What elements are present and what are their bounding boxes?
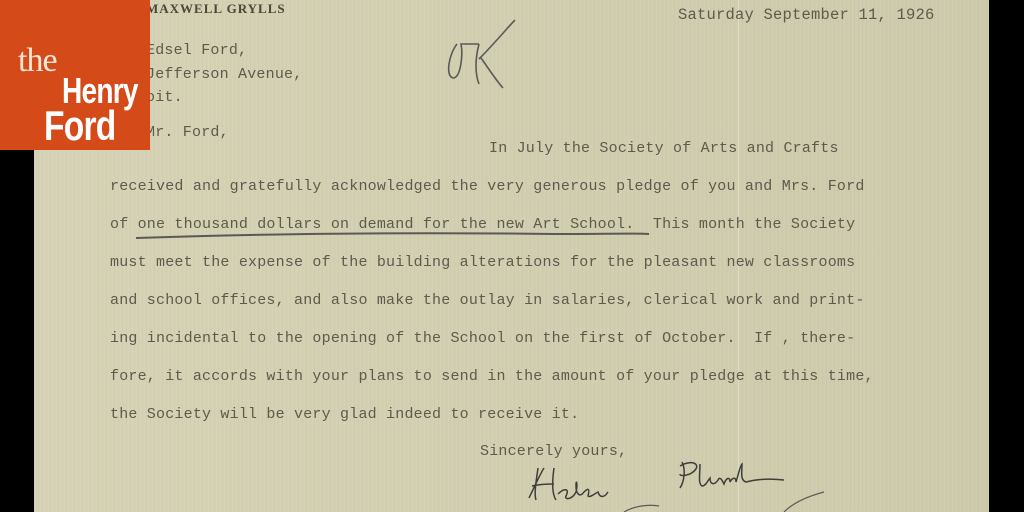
body-line-5: and school offices, and also make the ou… [110,292,865,309]
the-henry-ford-logo[interactable]: the Henry Ford [0,0,150,150]
signature [524,458,824,512]
logo-the-text: the [18,44,57,78]
handwritten-initials-mark [439,14,549,94]
salutation: Mr. Ford, [146,124,229,141]
body-line-6: ing incidental to the opening of the Sch… [110,330,855,347]
letter-date: Saturday September 11, 1926 [678,6,935,24]
handwritten-underline [134,226,654,242]
body-line-4: must meet the expense of the building al… [110,254,855,271]
letter-paper: MAXWELL GRYLLS Saturday September 11, 19… [34,0,989,512]
logo-ford-text: Ford [44,105,115,147]
body-line-7: fore, it accords with your plans to send… [110,368,874,385]
address-line-2: Jefferson Avenue, [146,66,302,83]
body-line-8: the Society will be very glad indeed to … [110,406,579,423]
letterhead: MAXWELL GRYLLS [146,1,286,17]
address-line-3: oit. [146,89,183,106]
body-line-1: In July the Society of Arts and Crafts [489,140,839,157]
body-line-2: received and gratefully acknowledged the… [110,178,865,195]
address-line-1: Edsel Ford, [146,42,247,59]
